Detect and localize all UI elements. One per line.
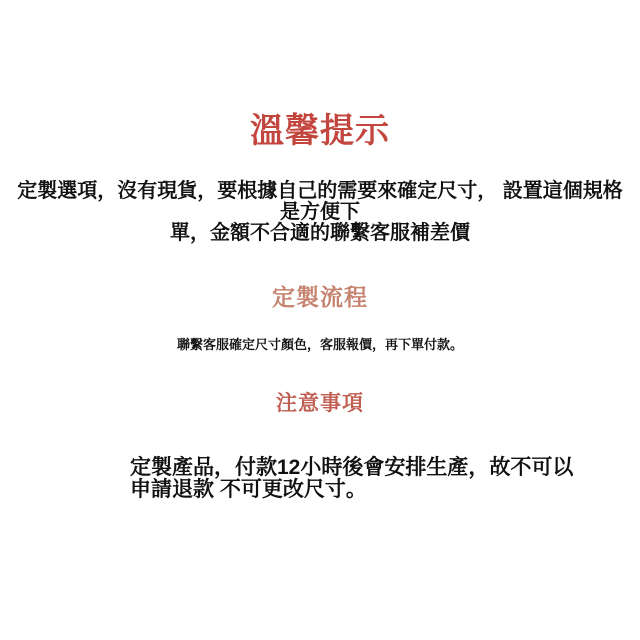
notes-section-heading: 注意事項 <box>0 393 640 415</box>
intro-paragraph: 定製選項，沒有現貨，要根據自己的需要來確定尺寸， 設置這個規格是方便下 單，金額… <box>0 181 640 244</box>
notes-line-2: 申請退款 不可更改尺寸。 <box>130 479 600 501</box>
intro-line-1: 定製選項，沒有現貨，要根據自己的需要來確定尺寸， 設置這個規格是方便下 <box>10 181 630 223</box>
process-description: 聯繫客服確定尺寸顏色，客服報價，再下單付款。 <box>0 337 640 353</box>
process-section-heading: 定製流程 <box>0 285 640 309</box>
notice-page: 溫馨提示 定製選項，沒有現貨，要根據自己的需要來確定尺寸， 設置這個規格是方便下… <box>0 0 640 640</box>
page-title: 溫馨提示 <box>0 0 640 150</box>
notes-paragraph: 定製產品，付款12小時後會安排生產，故不可以 申請退款 不可更改尺寸。 <box>0 457 640 501</box>
notes-line-1: 定製產品，付款12小時後會安排生產，故不可以 <box>130 457 600 479</box>
intro-line-2: 單，金額不合適的聯繫客服補差價 <box>10 223 630 244</box>
